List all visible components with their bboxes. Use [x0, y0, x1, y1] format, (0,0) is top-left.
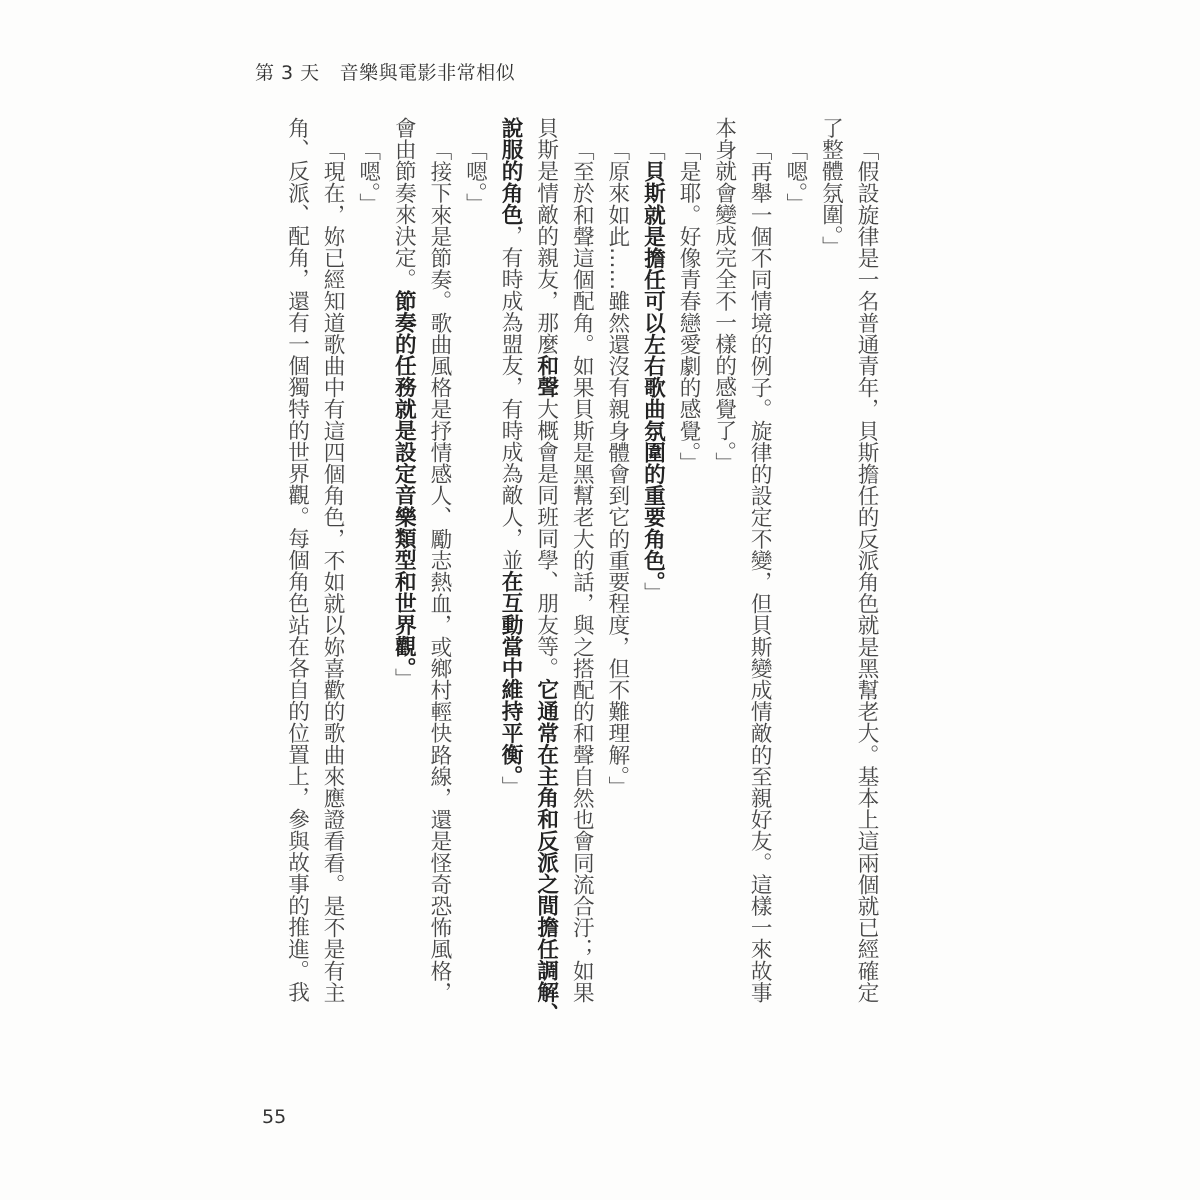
emphasized-text: 說服的角色: [498, 117, 523, 225]
text-segment: 」: [391, 668, 416, 690]
text-segment: 「接下來是節奏。歌曲風格是抒情感人、勵志熱血，或鄉村輕快路線，還是怪奇恐怖風格，: [427, 139, 452, 1003]
text-column: 「再舉一個不同情境的例子。旋律的設定不變，但貝斯變成情敵的至親好友。這樣一來故事: [742, 117, 778, 1003]
text-column: 「嗯。」: [457, 117, 493, 1003]
running-head: 第 3 天音樂與電影非常相似: [255, 58, 515, 85]
text-segment: 「現在，妳已經知道歌曲中有這四個角色，不如就以妳喜歡的歌曲來應證看看。是不是有主: [320, 139, 345, 1003]
text-segment: 角、反派、配角，還有一個獨特的世界觀。每個角色站在各自的位置上，參與故事的推進。…: [285, 117, 310, 1003]
text-segment: 」: [498, 776, 523, 798]
text-segment: 」: [640, 581, 665, 603]
emphasized-text: 和聲: [534, 355, 559, 398]
text-segment: 「再舉一個不同情境的例子。旋律的設定不變，但貝斯變成情敵的至親好友。這樣一來故事: [747, 139, 772, 1003]
text-column: 本身就會變成完全不一樣的感覺了。」: [706, 117, 742, 1003]
text-segment: 「: [640, 139, 665, 161]
text-column: 角、反派、配角，還有一個獨特的世界觀。每個角色站在各自的位置上，參與故事的推進。…: [279, 117, 315, 1003]
text-segment: 「至於和聲這個配角。如果貝斯是黑幫老大的話，與之搭配的和聲自然也會同流合汙；如果: [569, 139, 594, 1003]
emphasized-text: 貝斯就是擔任可以左右歌曲氛圍的重要角色。: [640, 160, 665, 581]
text-segment: 「嗯。」: [783, 139, 808, 215]
text-segment: 「是耶。好像青春戀愛劇的感覺。」: [676, 139, 701, 474]
emphasized-text: 節奏的任務就是設定音樂類型和世界觀。: [391, 290, 416, 668]
text-segment: ，有時成為盟友，有時成為敵人，並: [498, 225, 523, 571]
text-column: 了整體氛圍。」: [813, 117, 849, 1003]
text-segment: 「假設旋律是一名普通青年，貝斯擔任的反派角色就是黑幫老大。基本上這兩個就已經確定: [854, 139, 879, 1003]
chapter-title: 音樂與電影非常相似: [340, 62, 516, 84]
text-segment: 「嗯。」: [356, 139, 381, 215]
emphasized-text: 在互動當中維持平衡。: [498, 571, 523, 776]
chapter-label: 第 3 天: [255, 62, 320, 84]
text-column: 會由節奏來決定。節奏的任務就是設定音樂類型和世界觀。」: [386, 117, 422, 1003]
text-segment: 「原來如此……雖然還沒有親身體會到它的重要程度，但不難理解。」: [605, 139, 630, 798]
text-column: 「嗯。」: [777, 117, 813, 1003]
text-segment: 大概會是同班同學、朋友等。: [534, 398, 559, 679]
text-column: 「嗯。」: [350, 117, 386, 1003]
emphasized-text: 它通常在主角和反派之間擔任調解、: [534, 679, 559, 1025]
text-column: 「現在，妳已經知道歌曲中有這四個角色，不如就以妳喜歡的歌曲來應證看看。是不是有主: [315, 117, 351, 1003]
text-column: 「是耶。好像青春戀愛劇的感覺。」: [670, 117, 706, 1003]
text-column: 「原來如此……雖然還沒有親身體會到它的重要程度，但不難理解。」: [599, 117, 635, 1003]
text-column: 「貝斯就是擔任可以左右歌曲氛圍的重要角色。」: [635, 117, 671, 1003]
text-segment: 「嗯。」: [462, 139, 487, 215]
text-segment: 會由節奏來決定。: [391, 117, 416, 290]
text-segment: 了整體氛圍。」: [818, 117, 843, 257]
text-column: 貝斯是情敵的親友，那麼和聲大概會是同班同學、朋友等。它通常在主角和反派之間擔任調…: [528, 117, 564, 1003]
text-column: 「至於和聲這個配角。如果貝斯是黑幫老大的話，與之搭配的和聲自然也會同流合汙；如果: [564, 117, 600, 1003]
page-number: 55: [262, 1106, 286, 1128]
text-column: 「接下來是節奏。歌曲風格是抒情感人、勵志熱血，或鄉村輕快路線，還是怪奇恐怖風格，: [421, 117, 457, 1003]
text-segment: 貝斯是情敵的親友，那麼: [534, 117, 559, 355]
body-text: 「假設旋律是一名普通青年，貝斯擔任的反派角色就是黑幫老大。基本上這兩個就已經確定…: [279, 117, 884, 1003]
text-segment: 本身就會變成完全不一樣的感覺了。」: [712, 117, 737, 473]
text-column: 「假設旋律是一名普通青年，貝斯擔任的反派角色就是黑幫老大。基本上這兩個就已經確定: [848, 117, 884, 1003]
text-column: 說服的角色，有時成為盟友，有時成為敵人，並在互動當中維持平衡。」: [492, 117, 528, 1003]
